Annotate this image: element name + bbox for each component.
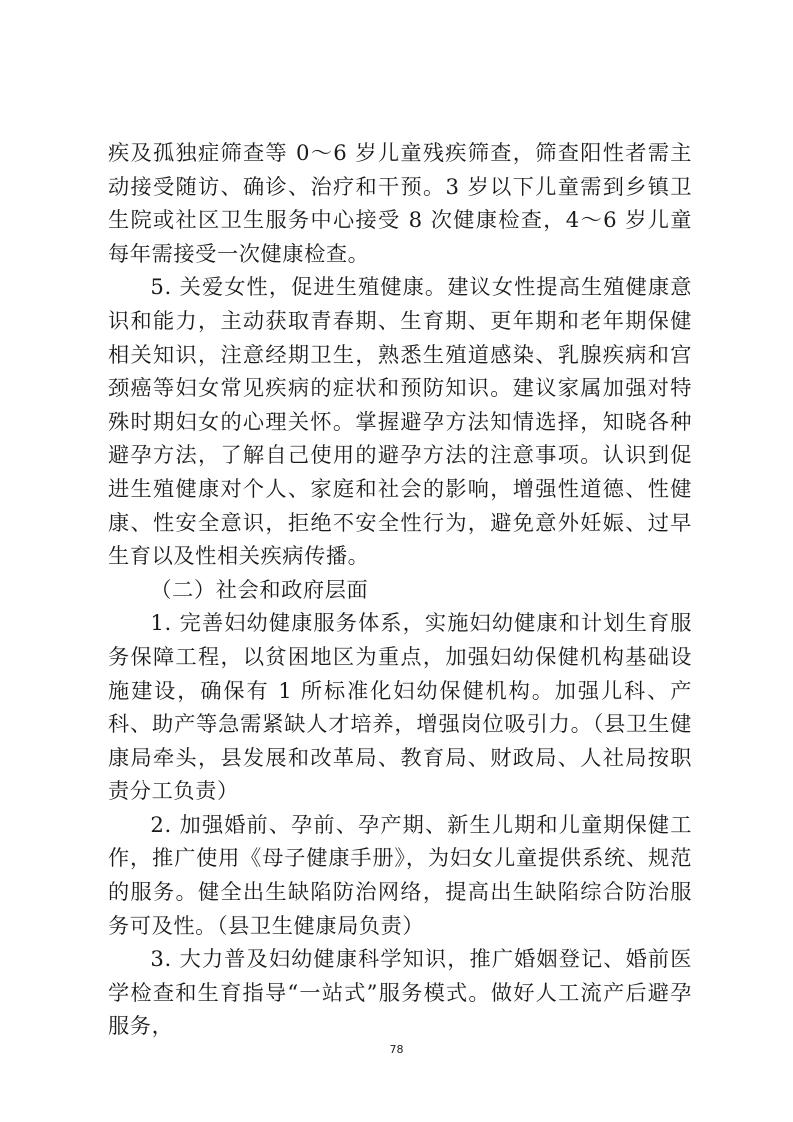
page-number: 78 xyxy=(0,1043,793,1056)
paragraph-item-3: 3. 大力普及妇幼健康科学知识，推广婚姻登记、婚前医学检查和生育指导“一站式”服… xyxy=(108,942,692,1043)
document-page: 疾及孤独症筛查等 0～6 岁儿童残疾筛查，筛查阳性者需主动接受随访、确诊、治疗和… xyxy=(0,0,793,1122)
page-body: 疾及孤独症筛查等 0～6 岁儿童残疾筛查，筛查阳性者需主动接受随访、确诊、治疗和… xyxy=(108,136,692,1043)
paragraph-continuation: 疾及孤独症筛查等 0～6 岁儿童残疾筛查，筛查阳性者需主动接受随访、确诊、治疗和… xyxy=(108,136,692,270)
paragraph-item-1: 1. 完善妇幼健康服务体系，实施妇幼健康和计划生育服务保障工程，以贫困地区为重点… xyxy=(108,606,692,808)
section-heading: （二）社会和政府层面 xyxy=(108,573,692,607)
paragraph-item-2: 2. 加强婚前、孕前、孕产期、新生儿期和儿童期保健工作，推广使用《母子健康手册》… xyxy=(108,808,692,942)
paragraph-item-5: 5. 关爱女性，促进生殖健康。建议女性提高生殖健康意识和能力，主动获取青春期、生… xyxy=(108,270,692,572)
